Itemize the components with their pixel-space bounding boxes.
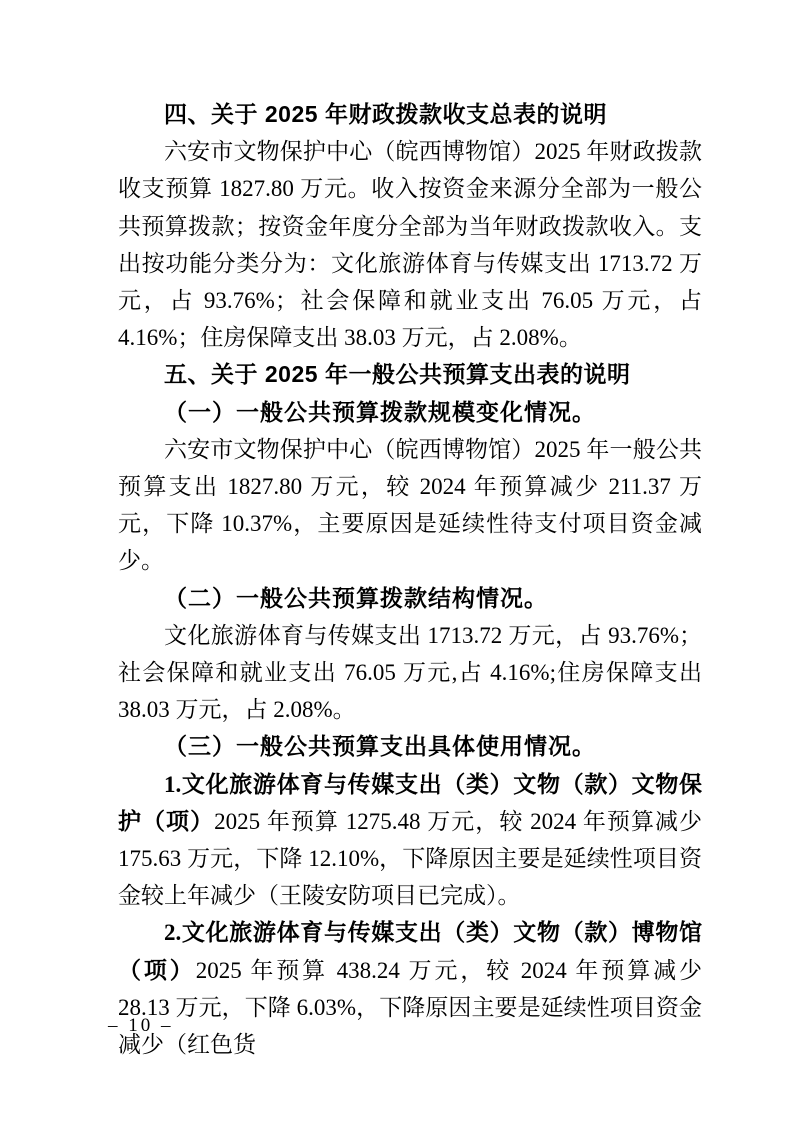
footer-page-number: – 10 – [108, 1014, 174, 1038]
section-heading-general-public-budget-table: 五、关于 2025 年一般公共预算支出表的说明 [118, 356, 702, 393]
paragraph-fiscal-appropriation-summary: 六安市文物保护中心（皖西博物馆）2025 年财政拨款收支预算 1827.80 万… [118, 133, 702, 356]
document-page: 四、关于 2025 年财政拨款收支总表的说明 六安市文物保护中心（皖西博物馆）2… [0, 0, 793, 1122]
document-body: 四、关于 2025 年财政拨款收支总表的说明 六安市文物保护中心（皖西博物馆）2… [118, 96, 702, 1063]
section-heading-fiscal-appropriation-table: 四、关于 2025 年财政拨款收支总表的说明 [118, 96, 702, 133]
subsection-heading-scale-change: （一）一般公共预算拨款规模变化情况。 [118, 394, 702, 431]
paragraph-item-2-text: 2025 年预算 438.24 万元，较 2024 年预算减少 28.13 万元… [118, 958, 702, 1057]
paragraph-scale-change-detail: 六安市文物保护中心（皖西博物馆）2025 年一般公共预算支出 1827.80 万… [118, 431, 702, 580]
paragraph-structure-detail: 文化旅游体育与传媒支出 1713.72 万元，占 93.76%；社会保障和就业支… [118, 617, 702, 729]
paragraph-item-1-cultural-relics-protection: 1.文化旅游体育与传媒支出（类）文物（款）文物保护（项）2025 年预算 127… [118, 766, 702, 915]
subsection-heading-structure: （二）一般公共预算拨款结构情况。 [118, 580, 702, 617]
subsection-heading-specific-usage: （三）一般公共预算支出具体使用情况。 [118, 728, 702, 765]
paragraph-item-2-museum: 2.文化旅游体育与传媒支出（类）文物（款）博物馆（项）2025 年预算 438.… [118, 914, 702, 1063]
